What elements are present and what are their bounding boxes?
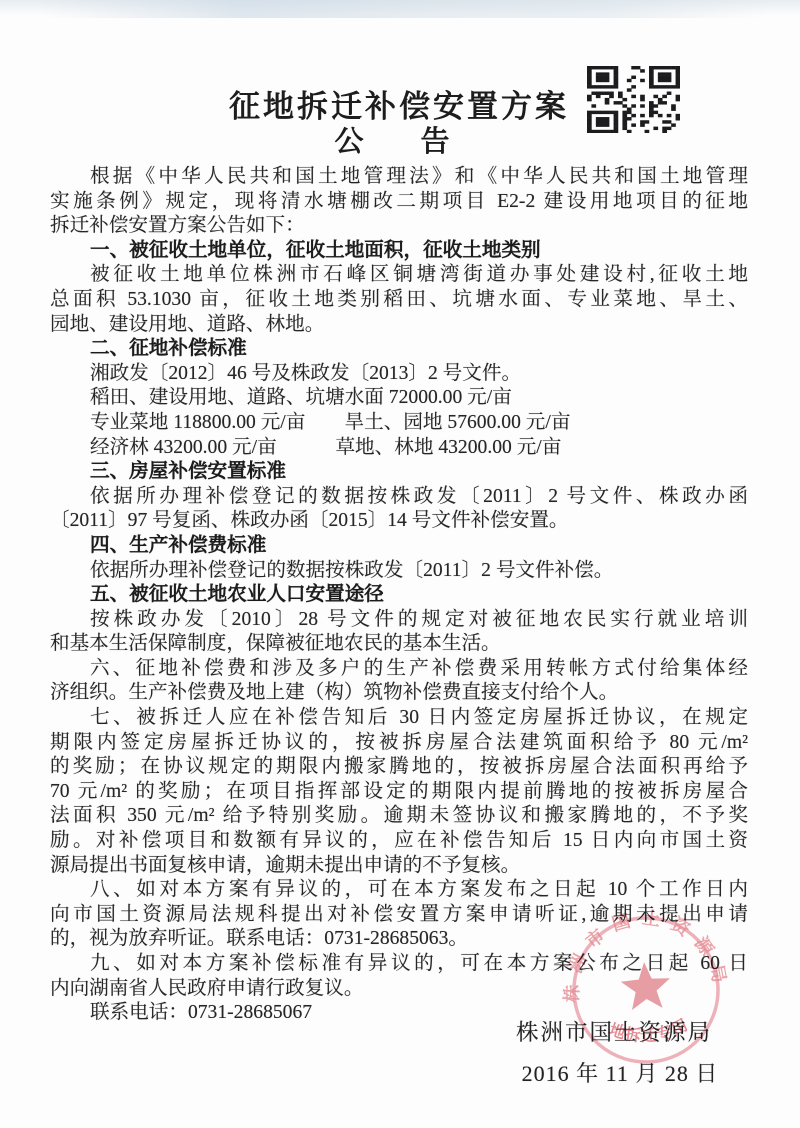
doc-line: 九、如对本方案补偿标准有异议的，可在本方案公布之日起 60 日 (50, 952, 748, 977)
signature-block: 株洲市国土资源局 2016 年 11 月 28 日 (470, 1018, 800, 1089)
doc-line: 七、被拆迁人应在补偿告知后 30 日内签定房屋拆迁协议，在规定 (50, 706, 748, 731)
doc-line: 期限内签定房屋拆迁协议的，按被拆房屋合法建筑面积给予 80 元/m² (50, 731, 748, 756)
doc-line: 依据所办理补偿登记的数据按株政发〔2011〕2 号文件补偿。 (50, 559, 748, 584)
doc-line: 总面积 53.1030 亩，征收土地类别稻田、坑塘水面、专业菜地、旱土、 (50, 288, 748, 313)
doc-line: 二、征地补偿标准 (50, 337, 748, 362)
doc-line: 六、征地补偿费和涉及多户的生产补偿费采用转帐方式付给集体经 (50, 657, 748, 682)
doc-line: 经济林 43200.00 元/亩 草地、林地 43200.00 元/亩 (50, 436, 748, 461)
doc-line: 专业菜地 118800.00 元/亩 旱土、园地 57600.00 元/亩 (50, 411, 748, 436)
doc-line: 八、如对本方案有异议的，可在本方案发布之日起 10 个工作日内 (50, 878, 748, 903)
doc-line: 稻田、建设用地、道路、坑塘水面 72000.00 元/亩 (50, 386, 748, 411)
doc-line: 园地、建设用地、道路、林地。 (50, 313, 748, 338)
document-title: 征地拆迁补偿安置方案 (50, 88, 748, 125)
doc-line: 内向湖南省人民政府申请行政复议。 (50, 977, 748, 1002)
doc-line: 济组织。生产补偿费及地上建（构）筑物补偿费直接支付给个人。 (50, 681, 748, 706)
doc-line: 的奖励；在协议规定的期限内搬家腾地的，按被拆房屋合法面积再给予 (50, 755, 748, 780)
doc-line: 按株政办发〔2010〕28 号文件的规定对被征地农民实行就业培训 (50, 608, 748, 633)
doc-line: 依据所办理补偿登记的数据按株政发〔2011〕2 号文件、株政办函 (50, 485, 748, 510)
doc-line: 励。对补偿项目和数额有异议的，应在补偿告知后 15 日内向市国土资 (50, 829, 748, 854)
document-body: 根据《中华人民共和国土地管理法》和《中华人民共和国土地管理实施条例》规定，现将清… (50, 165, 748, 1026)
doc-line: 三、房屋补偿安置标准 (50, 460, 748, 485)
doc-line: 被征收土地单位株洲市石峰区铜塘湾街道办事处建设村,征收土地 (50, 263, 748, 288)
signature-date: 2016 年 11 月 28 日 (470, 1059, 800, 1089)
doc-line: 的，视为放弃听证。联系电话：0731-28685063。 (50, 927, 748, 952)
doc-line: 和基本生活保障制度，保障被征地农民的基本生活。 (50, 632, 748, 657)
doc-line: 拆迁补偿安置方案公告如下： (50, 214, 748, 239)
doc-line: 法面积 350 元/m² 给予特别奖励。逾期未签协议和搬家腾地的，不予奖 (50, 804, 748, 829)
doc-line: 70 元/m² 的奖励；在项目指挥部设定的期限内提前腾地的按被拆房屋合 (50, 780, 748, 805)
doc-line: 一、被征收土地单位，征收土地面积，征收土地类别 (50, 239, 748, 264)
doc-line: 湘政发〔2012〕46 号及株政发〔2013〕2 号文件。 (50, 362, 748, 387)
doc-line: 五、被征收土地农业人口安置途径 (50, 583, 748, 608)
document-content: 征地拆迁补偿安置方案 公 告 根据《中华人民共和国土地管理法》和《中华人民共和国… (0, 0, 800, 1026)
signature-agency: 株洲市国土资源局 (470, 1018, 800, 1048)
scanned-document-page: 征地拆迁补偿安置方案 公 告 根据《中华人民共和国土地管理法》和《中华人民共和国… (0, 0, 800, 1128)
doc-line: 根据《中华人民共和国土地管理法》和《中华人民共和国土地管理 (50, 165, 748, 190)
document-subtitle: 公 告 (50, 125, 748, 159)
doc-line: 〔2011〕97 号复函、株政办函〔2015〕14 号文件补偿安置。 (50, 509, 748, 534)
doc-line: 源局提出书面复核申请，逾期未提出申请的不予复核。 (50, 854, 748, 879)
doc-line: 四、生产补偿费标准 (50, 534, 748, 559)
doc-line: 向市国土资源局法规科提出对补偿安置方案申请听证,逾期未提出申请 (50, 903, 748, 928)
doc-line: 实施条例》规定，现将清水塘棚改二期项目 E2-2 建设用地项目的征地 (50, 190, 748, 215)
